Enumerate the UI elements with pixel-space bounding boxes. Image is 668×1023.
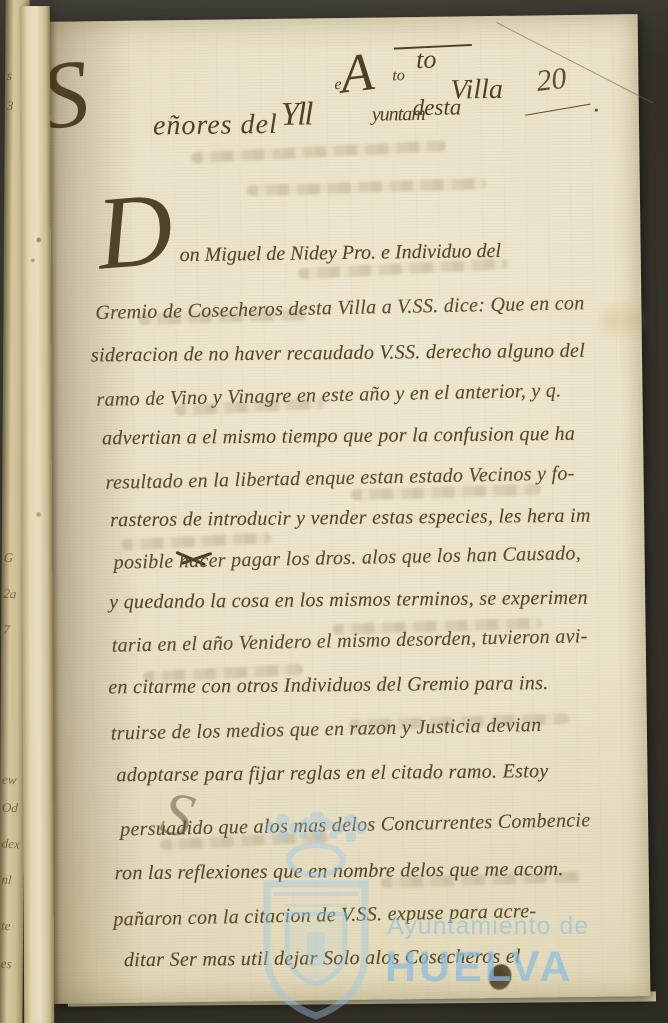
margin-fragment: 2a	[3, 586, 17, 603]
margin-fragment: Od	[1, 800, 18, 817]
heading-superscript: to	[392, 67, 405, 85]
heading-text: eñores del	[153, 109, 278, 143]
bleedthrough-mark	[247, 178, 487, 196]
margin-fragment: es	[0, 956, 12, 973]
heading-text: Villa	[450, 74, 503, 107]
manuscript-page: 20 to S eñores del Yll e A yuntam to des…	[40, 14, 651, 1004]
body-line: Gremio de Cosecheros desta Villa a V.SS.…	[95, 292, 585, 325]
body-line: advertian a el mismo tiempo que por la c…	[102, 423, 575, 451]
dropcap-d: D	[94, 182, 177, 281]
paper-stain	[599, 306, 643, 335]
folio-number: 20	[535, 62, 569, 99]
margin-fragment: nl	[1, 872, 12, 889]
body-line: truirse de los medios que en razon y Jus…	[111, 714, 542, 746]
margin-fragment: G	[3, 550, 13, 567]
body-line: sideracion de no haver recaudado V.SS. d…	[91, 340, 585, 368]
heading-flourish: to	[416, 45, 437, 75]
body-line: on Miguel de Nidey Pro. e Individuo del	[180, 240, 502, 267]
body-line: rasteros de introducir y vender estas es…	[110, 505, 591, 533]
body-text: Gremio de Cosecheros desta Villa a V.SS.…	[88, 290, 638, 297]
body-line: taria en el año Venidero el mismo desord…	[112, 625, 588, 658]
margin-fragment: te	[1, 918, 11, 935]
body-line: ditar Ser mas util dejar Solo alos Cosec…	[124, 945, 521, 972]
body-line: en citarme con otros Individuos del Grem…	[108, 672, 548, 699]
folio-underline	[525, 104, 590, 116]
heading-abbrev-ilustre: Yll	[281, 96, 312, 133]
margin-fragment: ew	[2, 772, 17, 789]
folio-dot	[595, 109, 598, 112]
margin-fragment: dex	[1, 835, 20, 852]
body-line: ron las reflexiones que en nombre delos …	[115, 858, 564, 885]
body-line: adoptarse para fijar reglas en el citado…	[116, 760, 548, 787]
margin-fragment: s	[7, 68, 13, 84]
crease-line	[496, 22, 653, 103]
margin-fragment: 3	[6, 98, 13, 114]
heading-swash-a: A	[337, 40, 377, 105]
margin-fragment: 7	[3, 622, 10, 638]
body-line: ramo de Vino y Vinagre en este año y en …	[96, 380, 561, 412]
body-line: y quedando la cosa en los mismos termino…	[109, 587, 588, 615]
page-edge	[20, 6, 54, 1023]
body-line: pañaron con la citacion de V.SS. expuse …	[113, 900, 536, 931]
manuscript-photo: s 3 G 2a 7 ew Od dex nl te es 20	[0, 0, 668, 1023]
bleedthrough-mark	[191, 140, 446, 163]
